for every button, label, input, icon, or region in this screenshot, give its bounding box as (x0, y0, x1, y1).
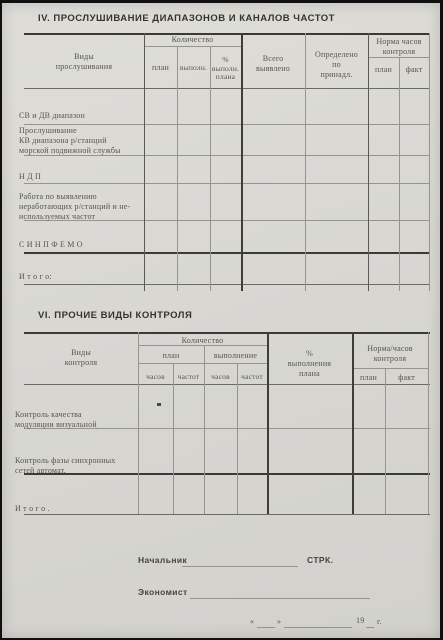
t4-row-label-ndp: Н Д П (19, 172, 141, 182)
t4-row-label-sinpfemo: С И Н П Ф Е М О (19, 240, 141, 250)
date-month-line (284, 627, 352, 628)
t6-header-hours-done: часов (204, 373, 237, 382)
t6-row-label-modulation: Контроль качества модуляции визуальной (15, 410, 137, 430)
t4-vline-normplan (399, 57, 400, 291)
t4-row-line-5 (24, 252, 430, 254)
t6-header-quantity: Количество (138, 336, 267, 346)
t4-row-line-3 (24, 183, 430, 184)
date-year-line (366, 627, 374, 628)
t6-vline-plan-done (204, 345, 205, 514)
t4-quantity-underline (144, 46, 242, 47)
t6-header-norm-fact: факт (385, 373, 428, 383)
t4-header-pct-plan: % выполн. плана (210, 56, 241, 82)
t6-header-bottom (24, 384, 430, 385)
t4-header-plan: план (144, 63, 177, 73)
t4-bottom-border (24, 284, 430, 285)
t6-norm-underline (352, 368, 428, 369)
chief-label: Начальник (138, 555, 187, 565)
t6-vline-right (428, 332, 429, 514)
date-open-quote: « (250, 617, 254, 627)
t4-header-norm-hours: Норма часов контроля (368, 37, 430, 57)
t6-vline-normplan (385, 368, 386, 514)
t4-header-total-found: Всего выявлено (241, 54, 305, 74)
t6-done-underline (204, 363, 267, 364)
t6-header-plan-group: план (138, 351, 204, 361)
date-year: 19 (356, 616, 364, 626)
t4-vline-plan (177, 46, 178, 291)
date-day-line (257, 627, 275, 628)
t6-row-label-itogo: И т о г о . (15, 504, 137, 514)
t4-row-label-rabota: Работа по выявлению неработающих р/станц… (19, 192, 143, 222)
economist-signature-line (190, 598, 370, 599)
t4-header-quantity: Количество (144, 35, 241, 45)
economist-label: Экономист (138, 587, 188, 597)
t6-plan-underline (138, 363, 204, 364)
chief-suffix: СТРК. (307, 555, 333, 565)
date-close-quote: » (277, 617, 281, 627)
t6-bottom-border (24, 514, 430, 515)
t4-row-label-kv: Прослушивание КВ диапазона р/станций мор… (19, 126, 141, 156)
t6-header-types: Виды контроля (24, 348, 138, 368)
t6-header-hours-plan: часов (138, 373, 173, 382)
scanned-form-page: IV. ПРОСЛУШИВАНИЕ ДИАПАЗОНОВ И КАНАЛОВ Ч… (0, 0, 443, 640)
t4-vline-done (210, 46, 211, 291)
t4-header-done: выполн. (177, 64, 210, 73)
t6-header-freq-done: частот (237, 373, 267, 382)
t6-header-norm-hours: Норма/часов контроля (352, 344, 428, 364)
t6-header-freq-plan: частот (173, 373, 204, 382)
section6-title: VI. ПРОЧИЕ ВИДЫ КОНТРОЛЯ (38, 310, 192, 321)
t6-top-border (24, 332, 430, 334)
t4-row-label-itogo: И т о г о: (19, 272, 141, 282)
chief-signature-line (182, 566, 298, 567)
section4-title: IV. ПРОСЛУШИВАНИЕ ДИАПАЗОНОВ И КАНАЛОВ Ч… (38, 13, 335, 24)
t4-header-norm-fact: факт (399, 65, 429, 75)
t6-vline-plan-split (173, 363, 174, 514)
ink-speck (157, 403, 161, 406)
date-year-suffix: г. (377, 617, 382, 627)
t4-header-types: Виды прослушивания (24, 52, 144, 72)
t4-row-line-1 (24, 124, 430, 125)
t4-header-determined: Определено по принадл. (305, 50, 368, 80)
t4-header-bottom (24, 88, 430, 89)
t6-header-done-group: выполнение (204, 351, 267, 361)
t4-vline-right (429, 33, 430, 291)
t6-header-norm-plan: план (352, 373, 385, 383)
t4-row-label-sv-dv: СВ и ДВ диапазон (19, 111, 141, 121)
t6-header-pct-plan: % выполнения плана (267, 349, 352, 379)
t6-row-label-phase: Контроль фазы синхронных сетей автомат. (15, 456, 139, 476)
t4-header-norm-plan: план (368, 65, 399, 75)
t6-vline-done-split (237, 363, 238, 514)
